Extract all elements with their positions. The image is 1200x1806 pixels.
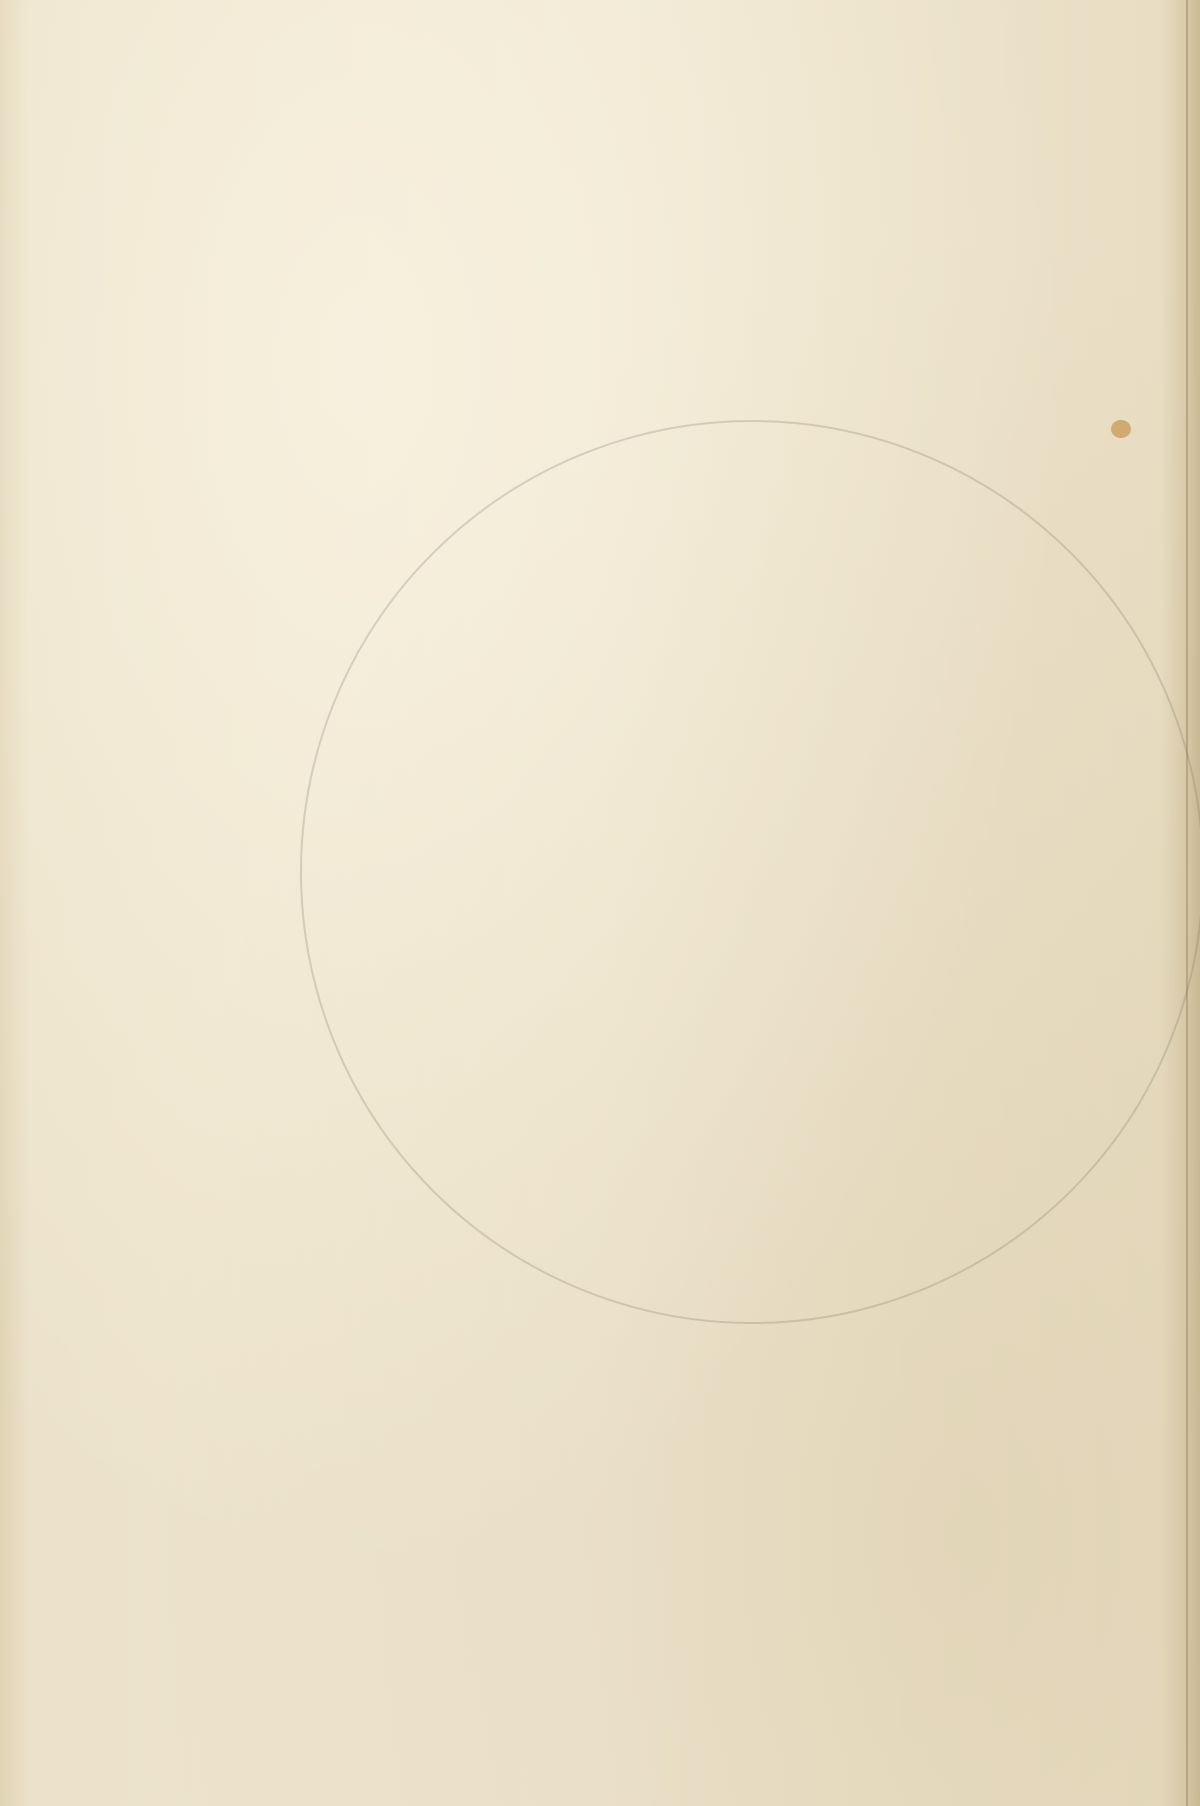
show-through-circle (300, 420, 1200, 1324)
running-header (0, 68, 1000, 108)
foxing-stain (1111, 420, 1131, 438)
manuscript-page (0, 0, 1200, 1806)
